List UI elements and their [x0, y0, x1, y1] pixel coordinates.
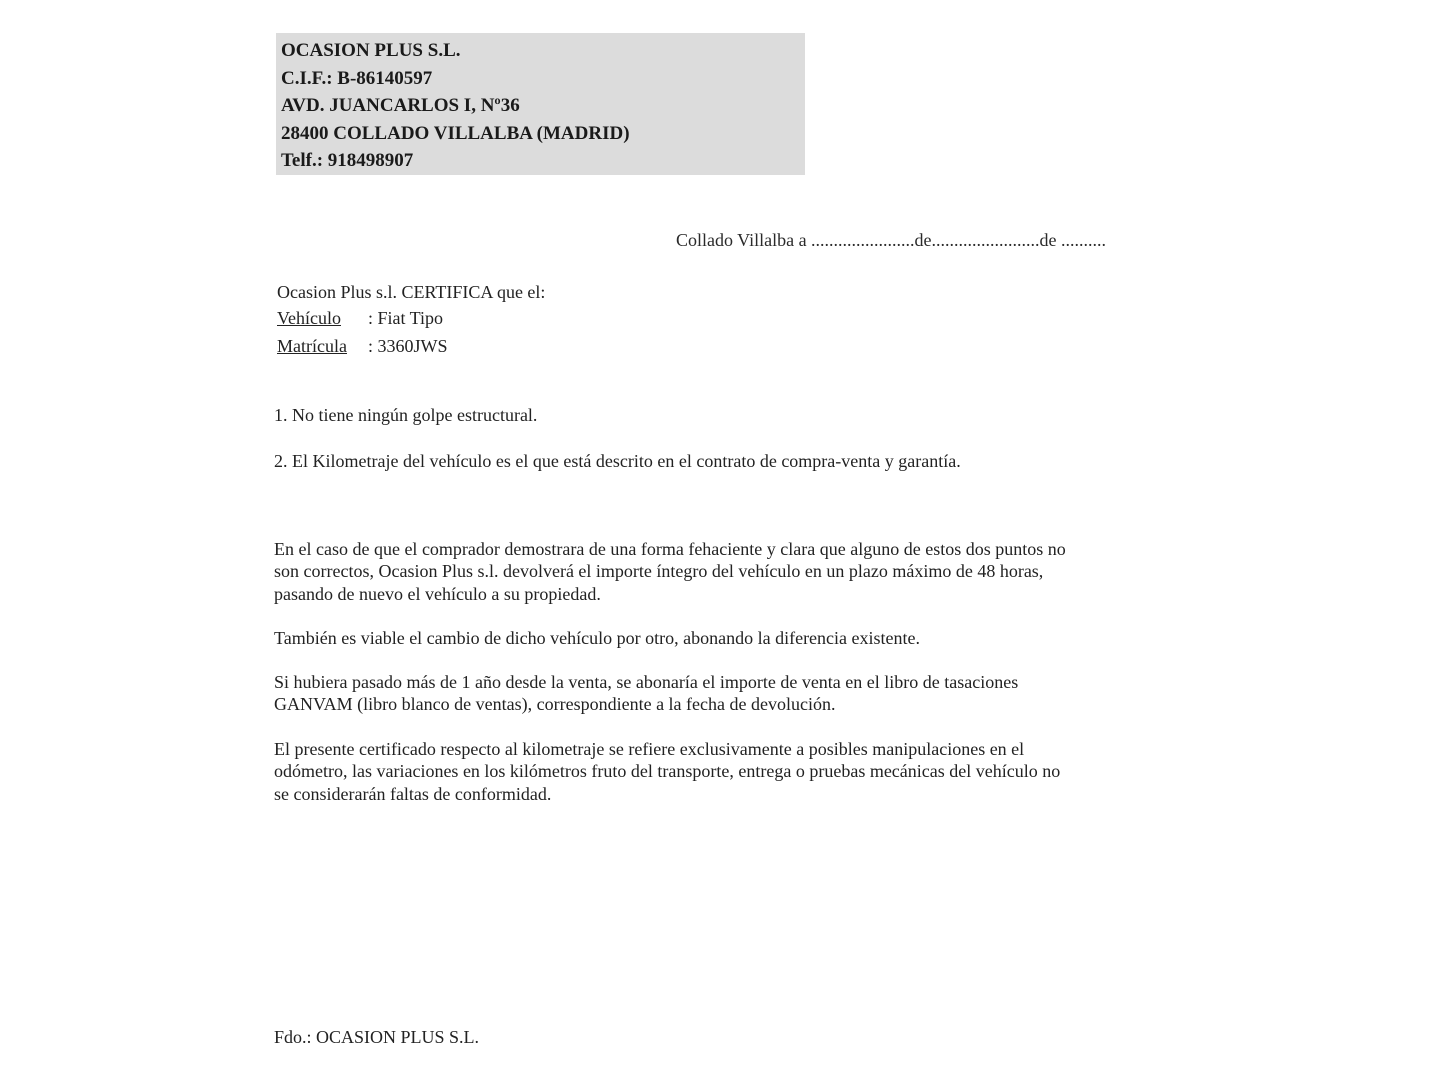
paragraph-line: son correctos, Ocasion Plus s.l. devolve… [274, 560, 1164, 582]
plate-value: : 3360JWS [368, 335, 448, 357]
paragraph-exchange: También es viable el cambio de dicho veh… [274, 627, 1164, 649]
paragraph-line: También es viable el cambio de dicho veh… [274, 627, 1164, 649]
signature-line: Fdo.: OCASION PLUS S.L. [274, 1026, 479, 1048]
company-phone: Telf.: 918498907 [281, 147, 805, 175]
paragraph-line: pasando de nuevo el vehículo a su propie… [274, 583, 1164, 605]
company-name: OCASION PLUS S.L. [281, 37, 805, 65]
vehicle-label: Vehículo [277, 307, 368, 329]
plate-label: Matrícula [277, 335, 368, 357]
company-header-box: OCASION PLUS S.L. C.I.F.: B-86140597 AVD… [276, 33, 805, 175]
paragraph-line: se considerarán faltas de conformidad. [274, 783, 1164, 805]
company-cif: C.I.F.: B-86140597 [281, 65, 805, 93]
vehicle-field: Vehículo: Fiat Tipo [277, 307, 443, 329]
company-address: AVD. JUANCARLOS I, Nº36 [281, 92, 805, 120]
paragraph-line: GANVAM (libro blanco de ventas), corresp… [274, 693, 1164, 715]
place-date-line: Collado Villalba a .....................… [676, 229, 1106, 251]
plate-field: Matrícula: 3360JWS [277, 335, 448, 357]
paragraph-line: El presente certificado respecto al kilo… [274, 738, 1164, 760]
paragraph-odometer: El presente certificado respecto al kilo… [274, 738, 1164, 805]
certification-intro: Ocasion Plus s.l. CERTIFICA que el: [277, 281, 545, 303]
paragraph-refund: En el caso de que el comprador demostrar… [274, 538, 1164, 605]
paragraph-line: Si hubiera pasado más de 1 año desde la … [274, 671, 1164, 693]
paragraph-line: odómetro, las variaciones en los kilómet… [274, 760, 1164, 782]
paragraph-line: En el caso de que el comprador demostrar… [274, 538, 1164, 560]
point-structural: 1. No tiene ningún golpe estructural. [274, 404, 537, 426]
company-city: 28400 COLLADO VILLALBA (MADRID) [281, 120, 805, 148]
paragraph-ganvam: Si hubiera pasado más de 1 año desde la … [274, 671, 1164, 716]
vehicle-value: : Fiat Tipo [368, 307, 443, 329]
point-mileage: 2. El Kilometraje del vehículo es el que… [274, 450, 961, 472]
